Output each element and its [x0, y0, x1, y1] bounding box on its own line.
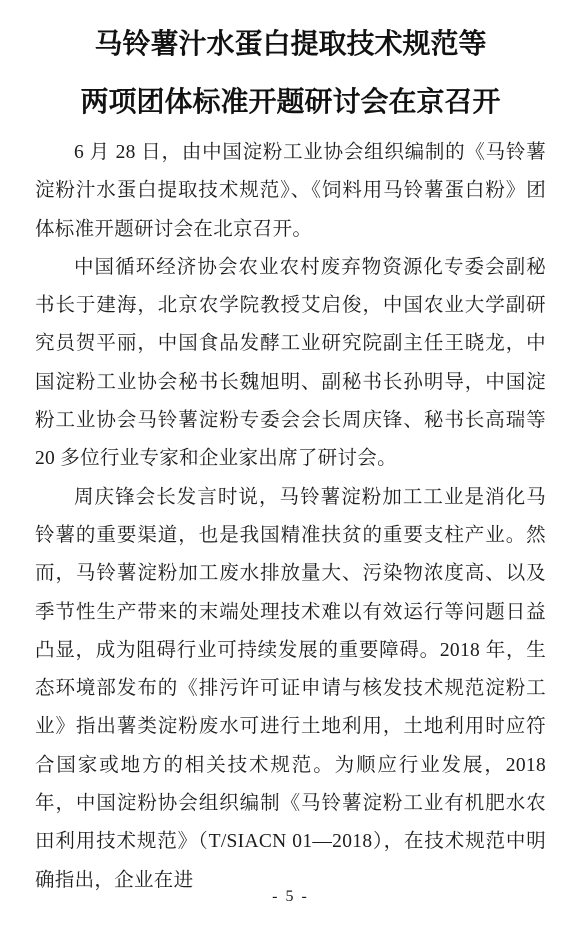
title-line-2: 两项团体标准开题研讨会在京召开	[0, 74, 581, 132]
paragraph-attendees: 中国循环经济协会农业农村废弃物资源化专委会副秘书长于建海，北京农学院教授艾启俊，…	[35, 249, 546, 479]
document-body: 6 月 28 日，由中国淀粉工业协会组织编制的《马铃薯淀粉汁水蛋白提取技术规范》…	[35, 134, 546, 900]
document-page: 马铃薯汁水蛋白提取技术规范等 两项团体标准开题研讨会在京召开 6 月 28 日，…	[0, 0, 581, 927]
document-title: 马铃薯汁水蛋白提取技术规范等 两项团体标准开题研讨会在京召开	[0, 0, 581, 132]
paragraph-speech-background: 周庆锋会长发言时说，马铃薯淀粉加工工业是消化马铃薯的重要渠道，也是我国精准扶贫的…	[35, 479, 546, 900]
paragraph-meeting-announcement: 6 月 28 日，由中国淀粉工业协会组织编制的《马铃薯淀粉汁水蛋白提取技术规范》…	[35, 134, 546, 249]
title-line-1: 马铃薯汁水蛋白提取技术规范等	[0, 16, 581, 74]
page-number: - 5 -	[0, 888, 581, 906]
